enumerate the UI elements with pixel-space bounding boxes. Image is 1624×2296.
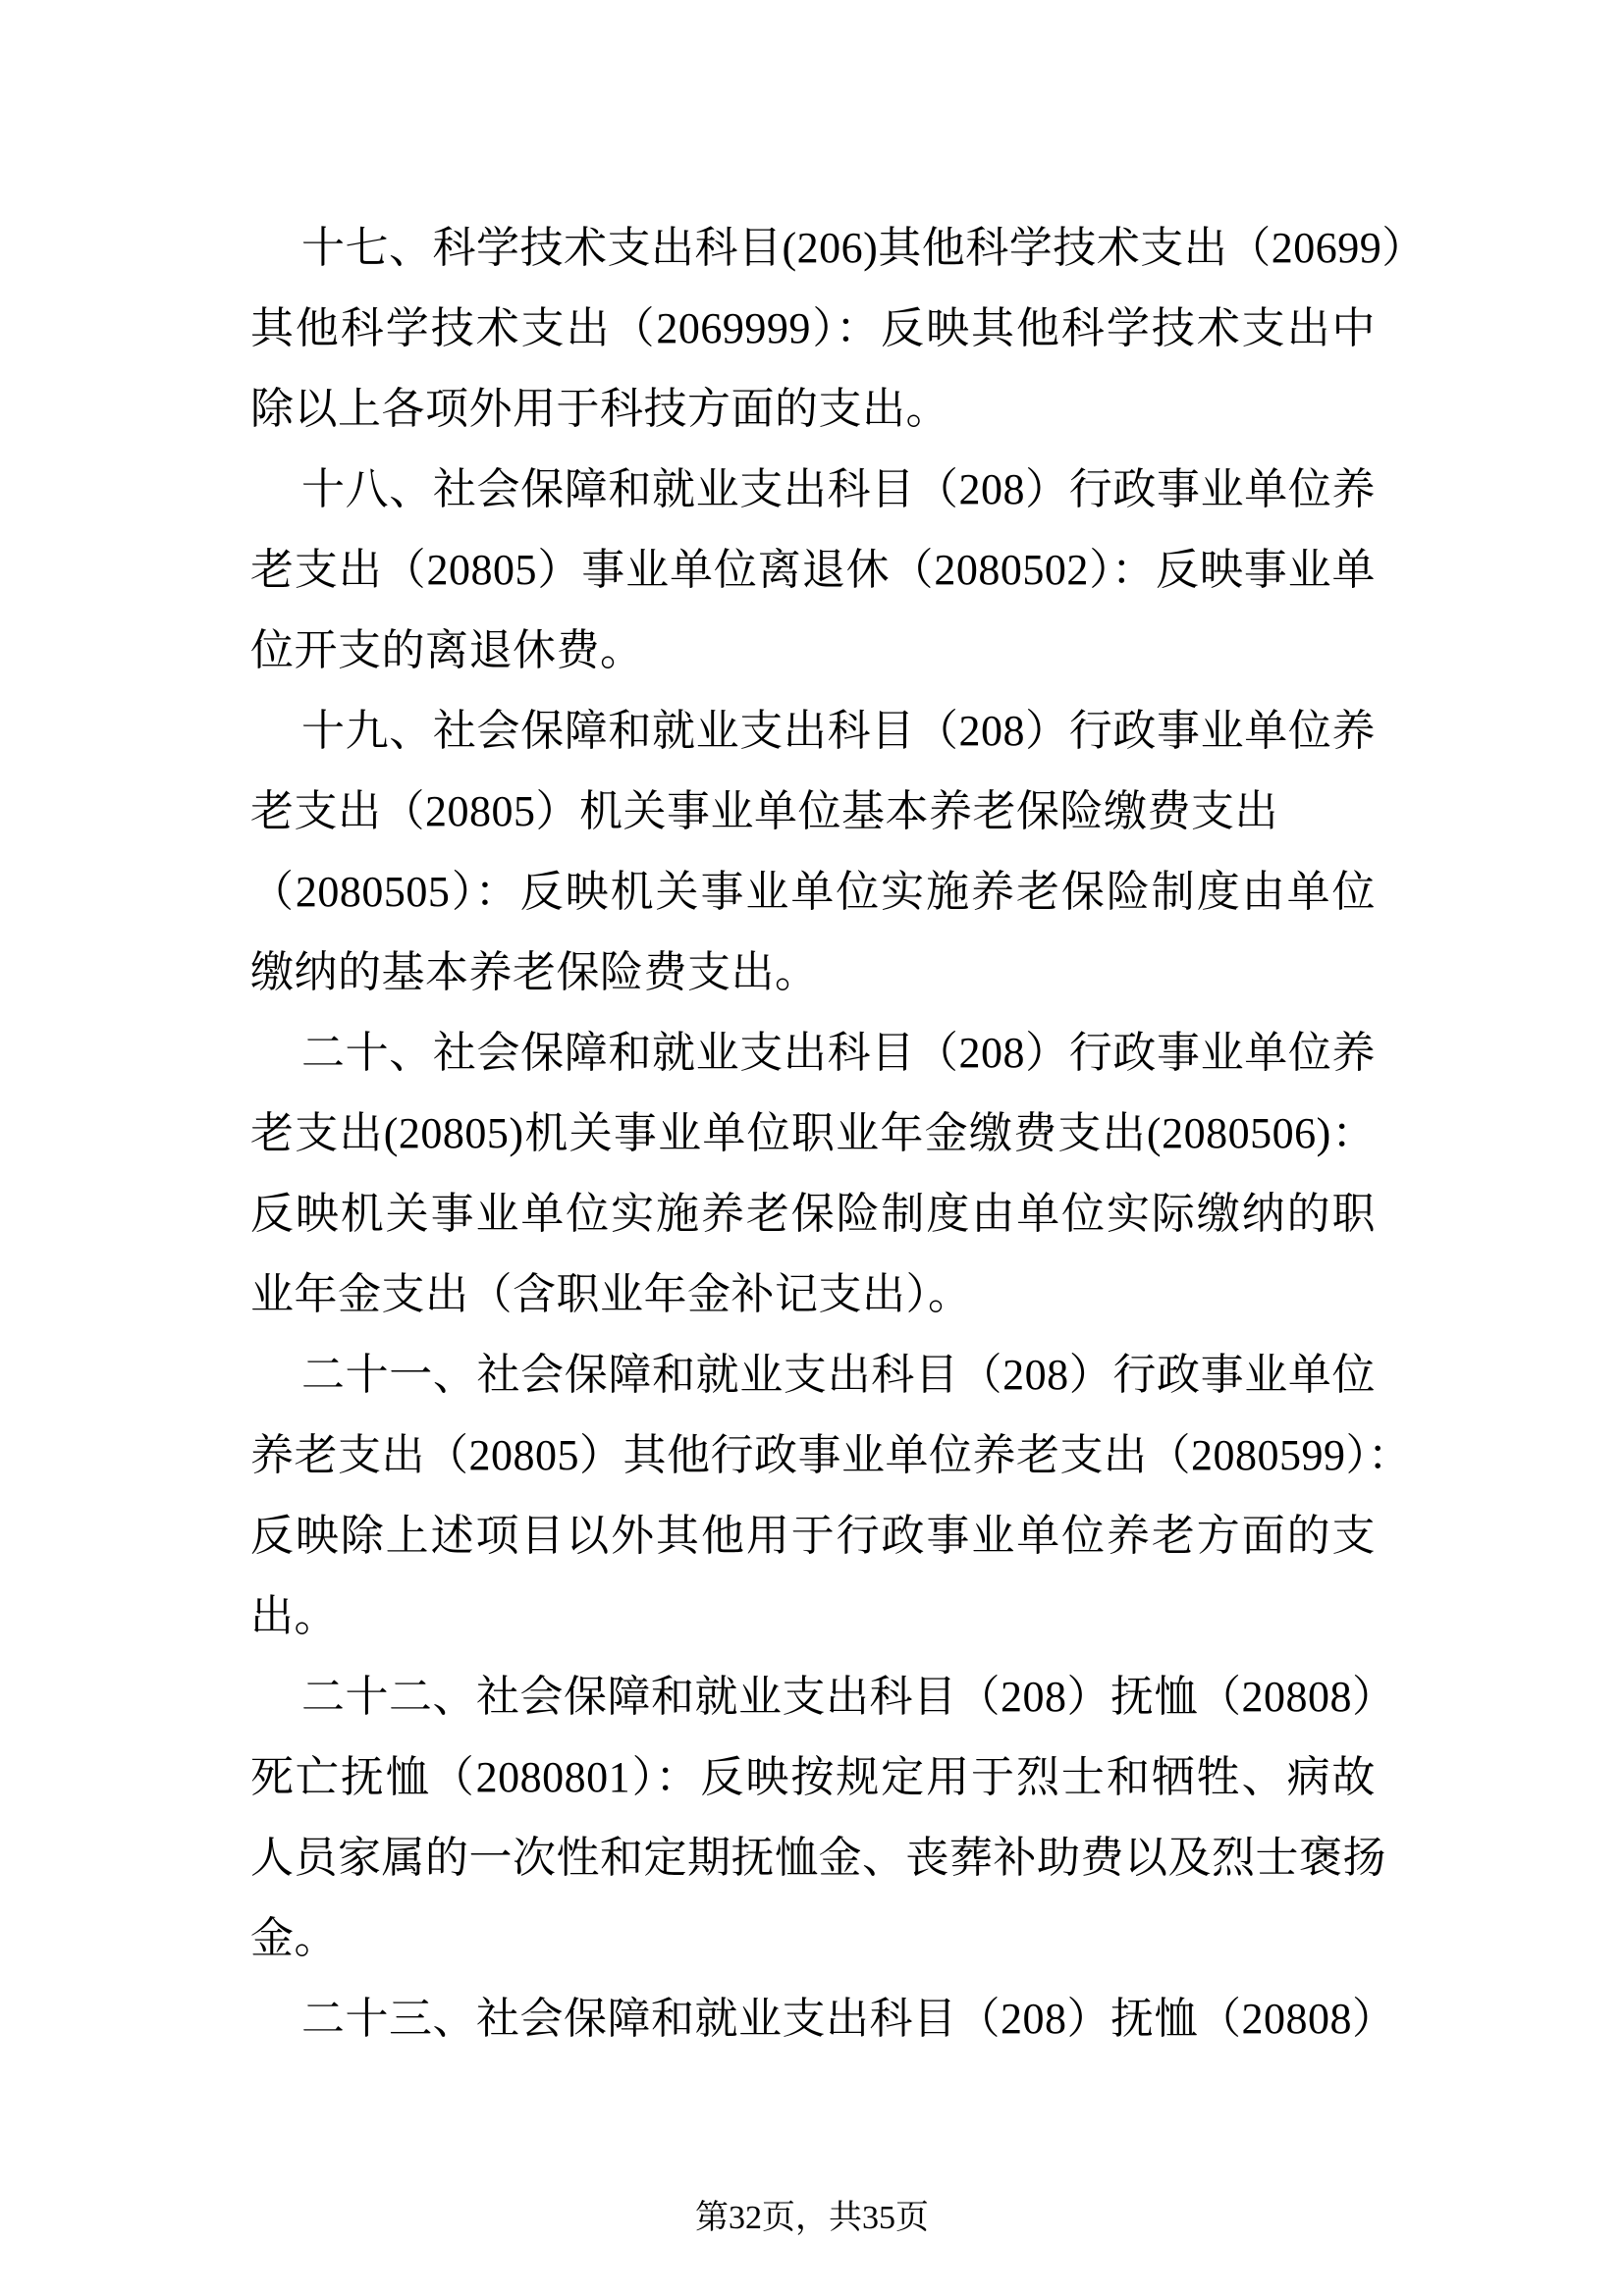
text-line: 老支出（20805）事业单位离退休（2080502）：反映事业单 [250,530,1376,611]
text-line: 反映除上述项目以外其他用于行政事业单位养老方面的支 [250,1496,1376,1576]
text-line: 人员家属的一次性和定期抚恤金、丧葬补助费以及烈士褒扬 [250,1818,1376,1898]
text-line: 出。 [250,1576,1376,1657]
paragraph: 十七、科学技术支出科目(206)其他科学技术支出（20699） 其他科学技术支出… [250,208,1376,450]
text-line: 二十一、社会保障和就业支出科目（208）行政事业单位 [250,1335,1376,1415]
text-line: 除以上各项外用于科技方面的支出。 [250,369,1376,450]
text-line: 养老支出（20805）其他行政事业单位养老支出（2080599）： [250,1415,1376,1496]
paragraph: 二十二、社会保障和就业支出科目（208）抚恤（20808） 死亡抚恤（20808… [250,1657,1376,1979]
text-line: 十九、社会保障和就业支出科目（208）行政事业单位养 [250,691,1376,772]
document-page: 十七、科学技术支出科目(206)其他科学技术支出（20699） 其他科学技术支出… [0,0,1624,2296]
text-line: 缴纳的基本养老保险费支出。 [250,933,1376,1013]
text-line: 老支出（20805）机关事业单位基本养老保险缴费支出 [250,772,1376,852]
text-line: 二十、社会保障和就业支出科目（208）行政事业单位养 [250,1013,1376,1094]
text-line: 十八、社会保障和就业支出科目（208）行政事业单位养 [250,450,1376,530]
text-line: 业年金支出（含职业年金补记支出）。 [250,1255,1376,1335]
text-line: 反映机关事业单位实施养老保险制度由单位实际缴纳的职 [250,1174,1376,1255]
text-line: 老支出(20805)机关事业单位职业年金缴费支出(2080506)： [250,1094,1376,1174]
paragraph: 十九、社会保障和就业支出科目（208）行政事业单位养 老支出（20805）机关事… [250,691,1376,1013]
text-line: 位开支的离退休费。 [250,611,1376,691]
text-line: 死亡抚恤（2080801）：反映按规定用于烈士和牺牲、病故 [250,1737,1376,1818]
paragraph: 二十三、社会保障和就业支出科目（208）抚恤（20808） [250,1979,1376,2059]
document-body: 十七、科学技术支出科目(206)其他科学技术支出（20699） 其他科学技术支出… [250,208,1376,2059]
text-line: 金。 [250,1898,1376,1979]
paragraph: 二十一、社会保障和就业支出科目（208）行政事业单位 养老支出（20805）其他… [250,1335,1376,1657]
text-line: 二十二、社会保障和就业支出科目（208）抚恤（20808） [250,1657,1376,1737]
text-line: 十七、科学技术支出科目(206)其他科学技术支出（20699） [250,208,1376,289]
text-line: 二十三、社会保障和就业支出科目（208）抚恤（20808） [250,1979,1376,2059]
paragraph: 十八、社会保障和就业支出科目（208）行政事业单位养 老支出（20805）事业单… [250,450,1376,691]
text-line: （2080505）：反映机关事业单位实施养老保险制度由单位 [250,852,1376,933]
paragraph: 二十、社会保障和就业支出科目（208）行政事业单位养 老支出(20805)机关事… [250,1013,1376,1335]
text-line: 其他科学技术支出（2069999）：反映其他科学技术支出中 [250,289,1376,369]
page-number-footer: 第32页，共35页 [0,2197,1624,2240]
